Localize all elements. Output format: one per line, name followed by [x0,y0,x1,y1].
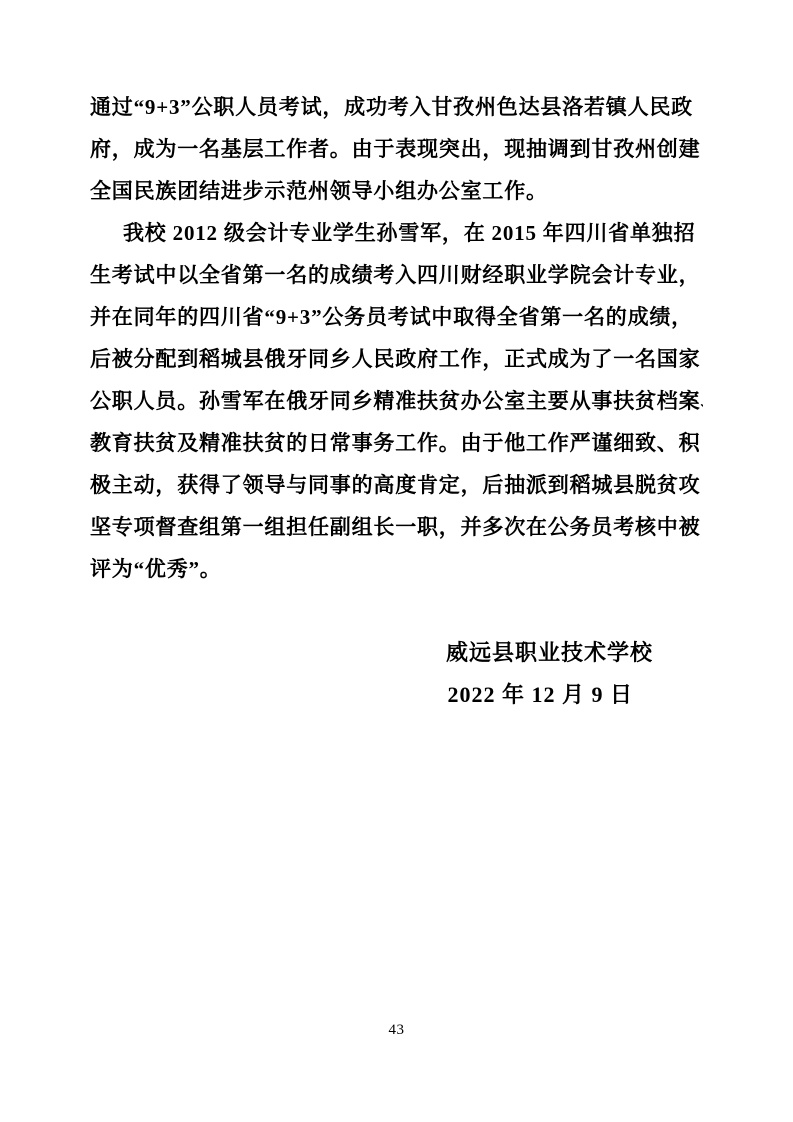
body-line: 坚专项督查组第一组担任副组长一职，并多次在公务员考核中被 [90,506,703,548]
body-line: 府，成为一名基层工作者。由于表现突出，现抽调到甘孜州创建 [90,128,703,170]
signature-organization: 威远县职业技术学校 [90,632,703,674]
body-line: 全国民族团结进步示范州领导小组办公室工作。 [90,170,703,212]
body-line: 生考试中以全省第一名的成绩考入四川财经职业学院会计专业， [90,254,703,296]
body-line: 教育扶贫及精准扶贫的日常事务工作。由于他工作严谨细致、积 [90,422,703,464]
body-line: 通过“9+3”公职人员考试，成功考入甘孜州色达县洛若镇人民政 [90,86,703,128]
body-line: 后被分配到稻城县俄牙同乡人民政府工作，正式成为了一名国家 [90,338,703,380]
body-line: 并在同年的四川省“9+3”公务员考试中取得全省第一名的成绩， [90,296,703,338]
signature-date: 2022 年 12 月 9 日 [90,674,703,716]
body-line: 极主动，获得了领导与同事的高度肯定，后抽派到稻城县脱贫攻 [90,464,703,506]
page-number: 43 [0,1022,793,1039]
document-body: 通过“9+3”公职人员考试，成功考入甘孜州色达县洛若镇人民政 府，成为一名基层工… [90,86,703,590]
signature-block: 威远县职业技术学校 2022 年 12 月 9 日 [90,632,703,716]
body-line: 公职人员。孙雪军在俄牙同乡精准扶贫办公室主要从事扶贫档案、 [90,380,703,422]
document-page: 通过“9+3”公职人员考试，成功考入甘孜州色达县洛若镇人民政 府，成为一名基层工… [0,0,793,1122]
body-line: 评为“优秀”。 [90,548,703,590]
body-line: 我校 2012 级会计专业学生孙雪军，在 2015 年四川省单独招 [90,212,703,254]
